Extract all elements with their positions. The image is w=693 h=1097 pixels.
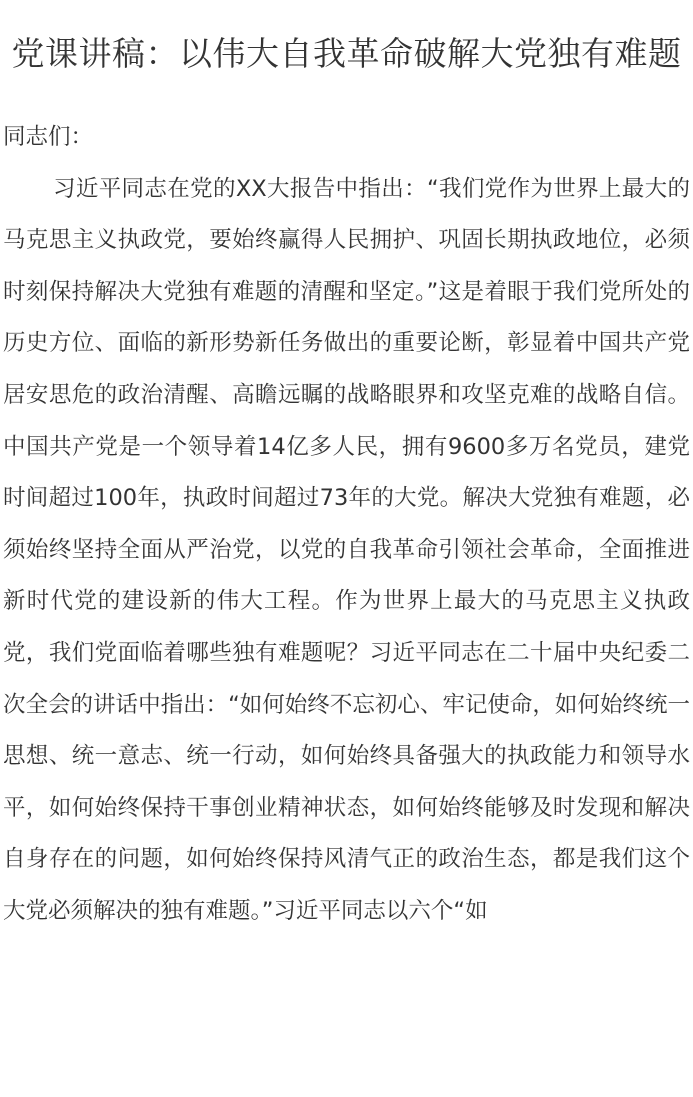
paragraph: 习近平同志在党的XX大报告中指出：“我们党作为世界上最大的马克思主义执政党，要始…: [3, 164, 690, 938]
document-title: 党课讲稿：以伟大自我革命破解大党独有难题: [0, 0, 693, 80]
salutation: 同志们：: [3, 112, 690, 164]
document-body: 同志们： 习近平同志在党的XX大报告中指出：“我们党作为世界上最大的马克思主义执…: [0, 112, 693, 938]
